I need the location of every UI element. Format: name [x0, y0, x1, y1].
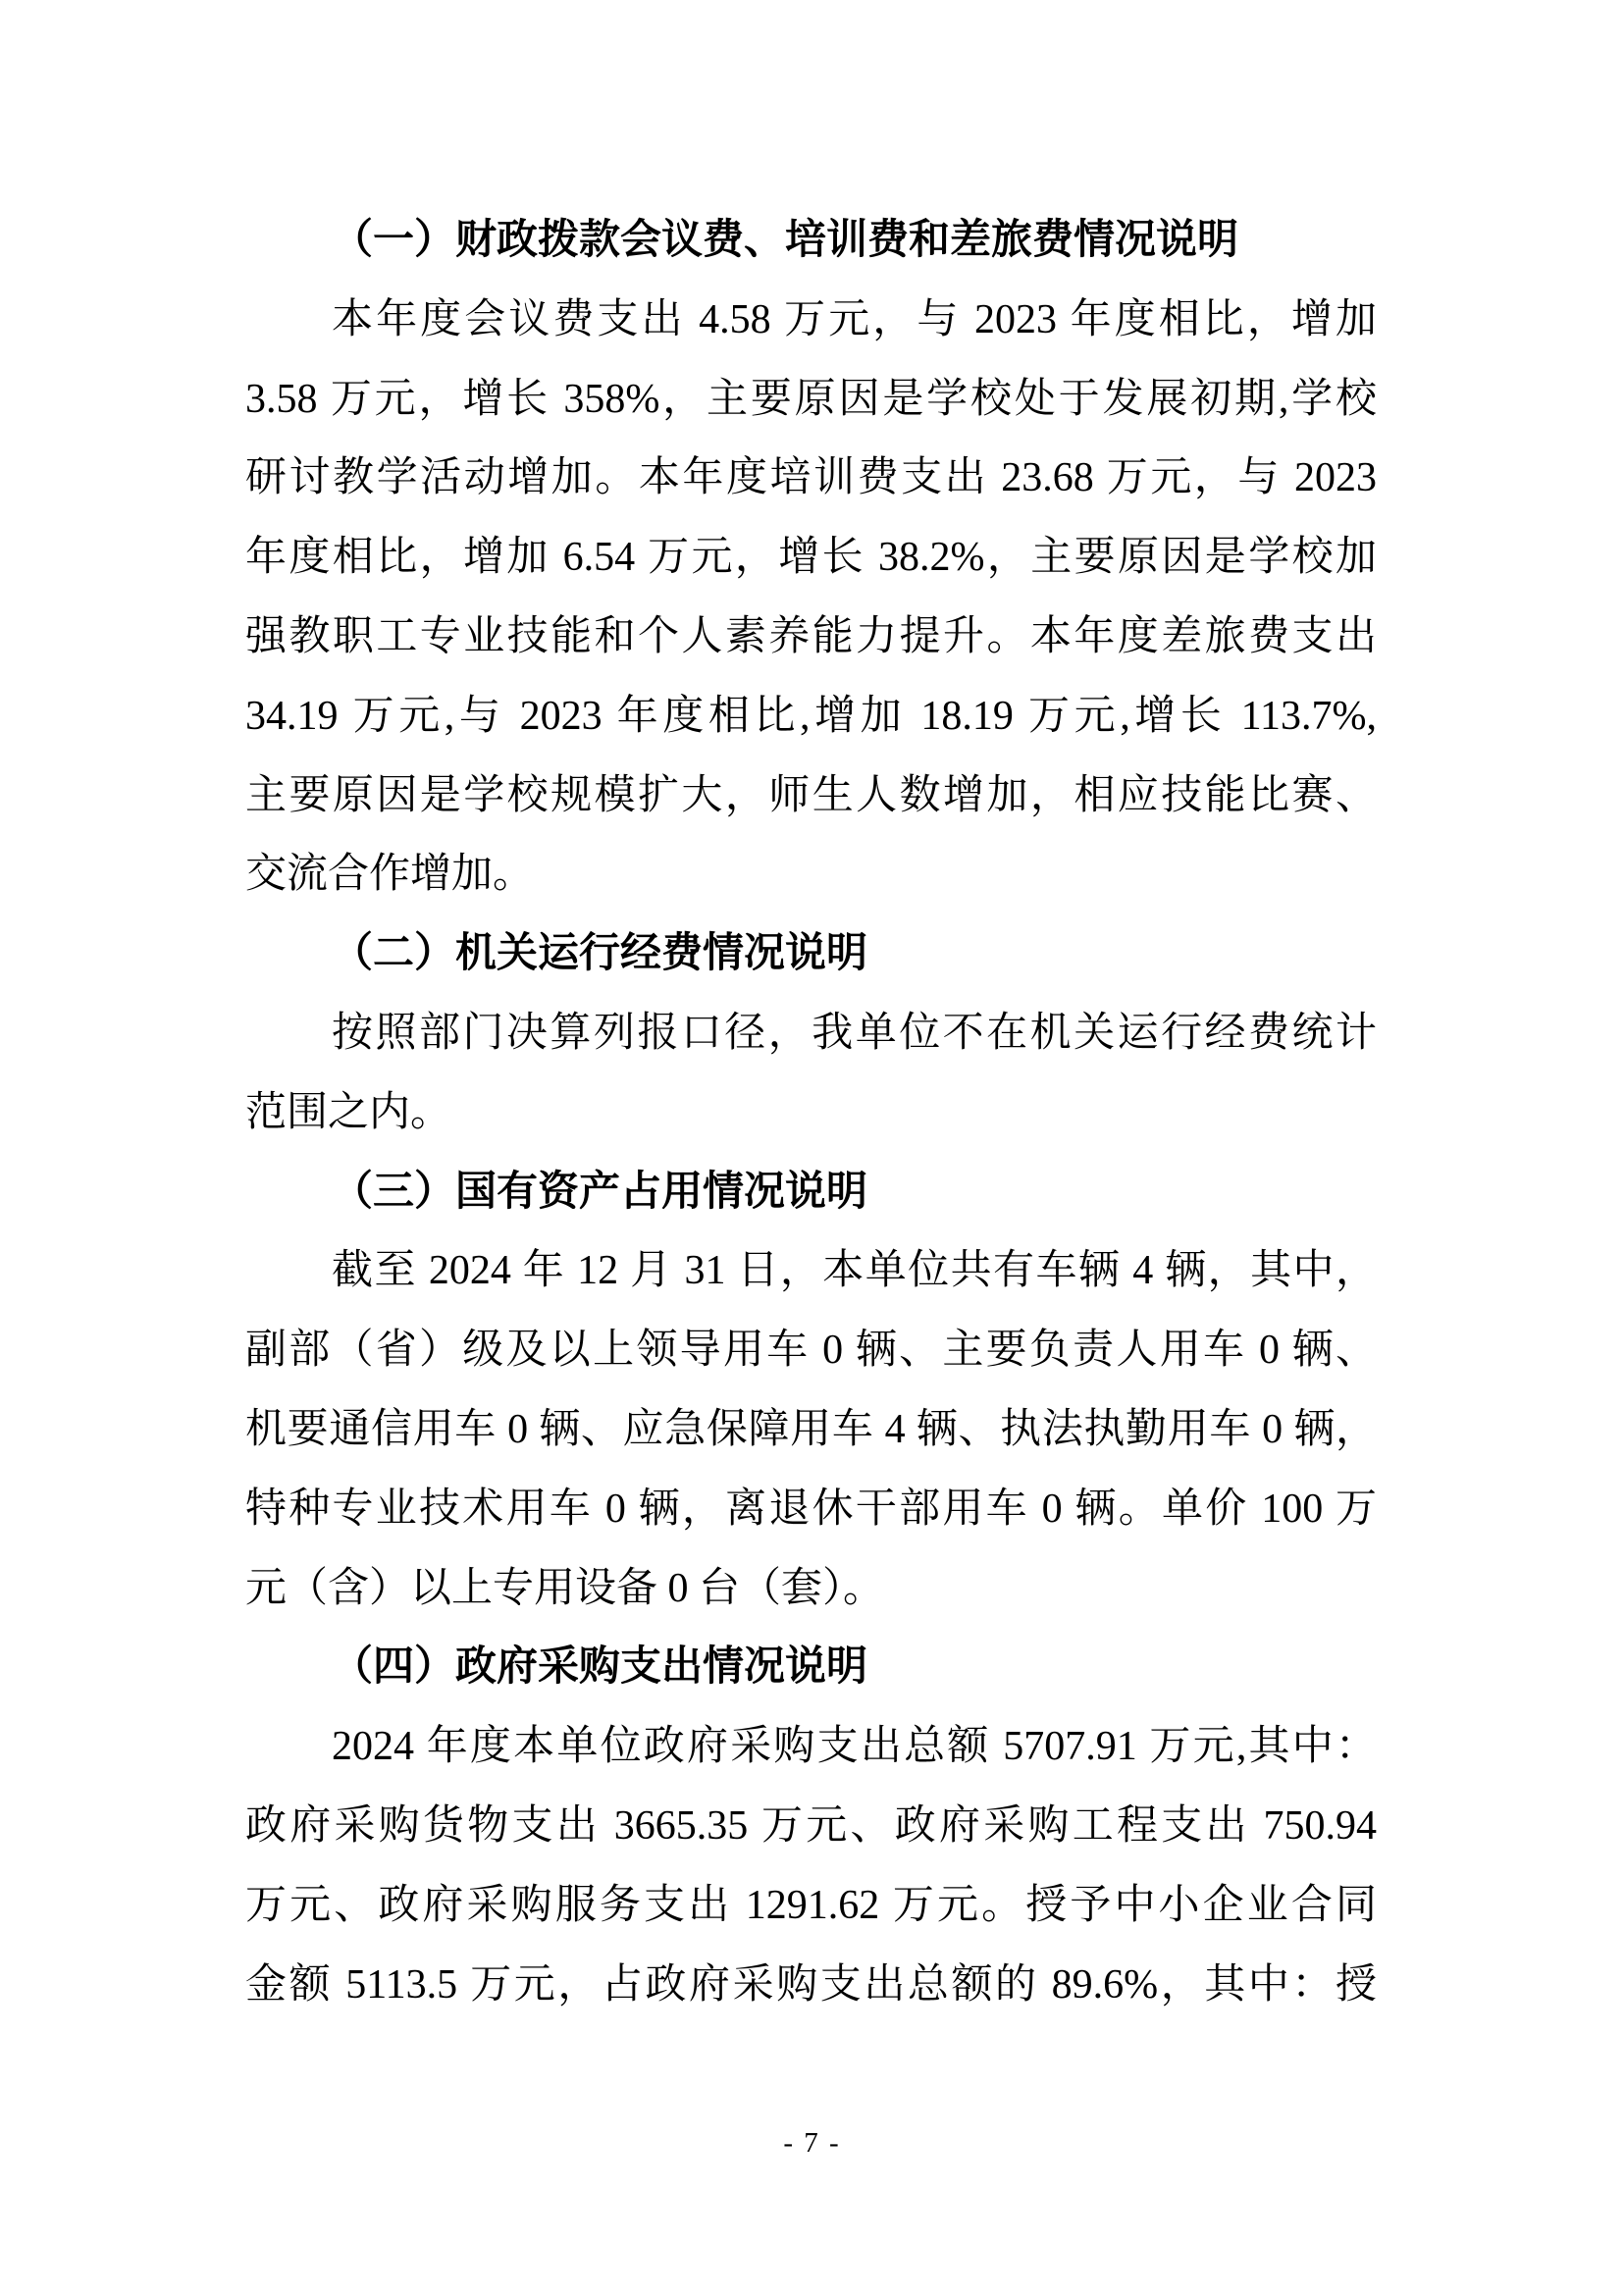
text-line: 34.19 万元,与 2023 年度相比,增加 18.19 万元,增长 113.…: [245, 677, 1377, 756]
text-line: 万元、政府采购服务支出 1291.62 万元。授予中小企业合同: [245, 1866, 1377, 1946]
text-line: 交流合作增加。: [245, 835, 1377, 914]
section-heading: （二）机关运行经费情况说明: [245, 914, 1377, 994]
text-line: 金额 5113.5 万元，占政府采购支出总额的 89.6%，其中：授: [245, 1946, 1377, 2025]
text-line: 范围之内。: [245, 1073, 1377, 1153]
text-line: 按照部门决算列报口径，我单位不在机关运行经费统计: [245, 994, 1377, 1073]
text-line: 特种专业技术用车 0 辆，离退休干部用车 0 辆。单价 100 万: [245, 1470, 1377, 1549]
text-line: 截至 2024 年 12 月 31 日，本单位共有车辆 4 辆，其中，: [245, 1231, 1377, 1311]
text-line: 主要原因是学校规模扩大，师生人数增加，相应技能比赛、: [245, 756, 1377, 836]
text-line: 副部（省）级及以上领导用车 0 辆、主要负责人用车 0 辆、: [245, 1311, 1377, 1390]
text-line: 2024 年度本单位政府采购支出总额 5707.91 万元,其中：: [245, 1707, 1377, 1787]
text-line: 强教职工专业技能和个人素养能力提升。本年度差旅费支出: [245, 598, 1377, 677]
text-line: 元（含）以上专用设备 0 台（套）。: [245, 1549, 1377, 1629]
section-heading: （三）国有资产占用情况说明: [245, 1153, 1377, 1232]
text-line: 3.58 万元，增长 358%，主要原因是学校处于发展初期,学校: [245, 360, 1377, 440]
document-body: （一）财政拨款会议费、培训费和差旅费情况说明本年度会议费支出 4.58 万元，与…: [245, 201, 1377, 2024]
text-line: 年度相比，增加 6.54 万元，增长 38.2%，主要原因是学校加: [245, 518, 1377, 598]
text-line: 政府采购货物支出 3665.35 万元、政府采购工程支出 750.94: [245, 1787, 1377, 1866]
section-heading: （一）财政拨款会议费、培训费和差旅费情况说明: [245, 201, 1377, 281]
text-line: 本年度会议费支出 4.58 万元，与 2023 年度相比，增加: [245, 281, 1377, 360]
section-heading: （四）政府采购支出情况说明: [245, 1628, 1377, 1707]
text-line: 研讨教学活动增加。本年度培训费支出 23.68 万元，与 2023: [245, 439, 1377, 518]
page-number: - 7 -: [0, 2123, 1624, 2163]
text-line: 机要通信用车 0 辆、应急保障用车 4 辆、执法执勤用车 0 辆，: [245, 1390, 1377, 1470]
document-page: { "colors": { "page_background": "#FFFFF…: [0, 0, 1624, 2295]
